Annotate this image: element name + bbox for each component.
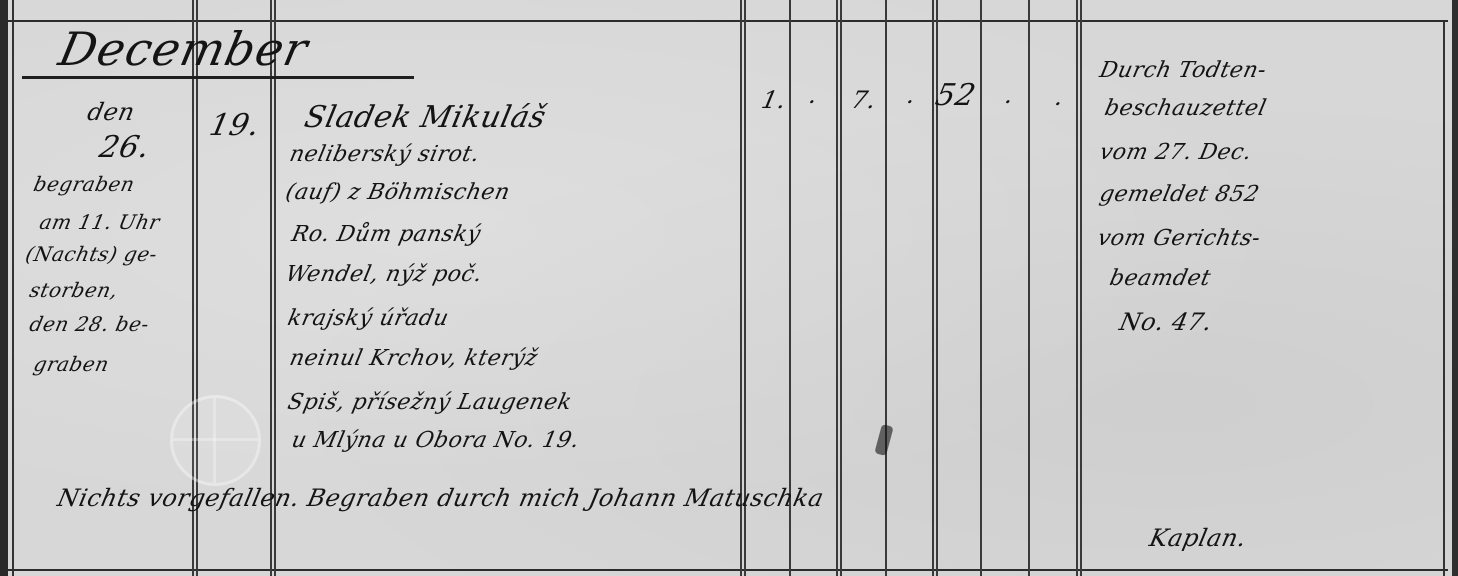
- col-rule: [840, 0, 842, 576]
- right-margin-rule: [1443, 20, 1445, 576]
- entry-text-line: Ro. Dům panský: [289, 222, 483, 247]
- date-note-line: am 11. Uhr: [37, 210, 162, 234]
- date-note-line: graben: [31, 352, 111, 376]
- date-note-line: begraben: [31, 172, 137, 196]
- numeric-cell: 52: [932, 78, 979, 113]
- page-binding-edge: [0, 0, 8, 576]
- col-rule: [885, 0, 887, 576]
- entry-text-line: Wendel, nýž poč.: [283, 262, 484, 287]
- entry-text-line: neliberský sirot.: [287, 142, 482, 167]
- date-word: den: [85, 98, 137, 126]
- date-note-line: (Nachts) ge-: [23, 242, 159, 266]
- entry-number: 19.: [206, 108, 263, 143]
- watermark-stamp-icon: [170, 395, 261, 486]
- numeric-cell: ·: [903, 88, 917, 116]
- month-underline: [22, 76, 414, 79]
- col-rule: [1080, 0, 1082, 576]
- col-rule: [980, 0, 982, 576]
- remarks-line: Durch Todten-: [1097, 58, 1268, 83]
- entry-text-line: Sladek Mikuláš: [301, 100, 549, 135]
- bottom-row-rule: [8, 569, 1448, 571]
- numeric-cell: 1.: [759, 86, 789, 114]
- page-right-edge: [1452, 0, 1458, 576]
- date-note-line: storben,: [27, 278, 120, 302]
- month-heading: December: [54, 22, 313, 76]
- remarks-line: vom Gerichts-: [1095, 226, 1263, 251]
- remarks-line: beschauzettel: [1102, 96, 1268, 121]
- numeric-cell: 7.: [849, 86, 879, 114]
- entry-text-line: krajský úřadu: [285, 306, 451, 331]
- remarks-line: gemeldet 852: [1097, 182, 1261, 207]
- date-note-line: den 28. be-: [27, 312, 151, 336]
- left-margin-rule: [12, 0, 14, 576]
- col-rule: [1028, 0, 1030, 576]
- entry-text-line: (auf) z Böhmischen: [283, 180, 512, 205]
- footer-note-line: Nichts vorgefallen. Begraben durch mich …: [55, 484, 826, 512]
- numeric-cell: ·: [1001, 88, 1015, 116]
- col-rule: [836, 0, 838, 576]
- remarks-line: beamdet: [1107, 266, 1213, 291]
- entry-text-line: u Mlýna u Obora No. 19.: [289, 428, 581, 453]
- entry-text-line: neinul Krchov, kterýž: [287, 346, 540, 371]
- register-page: December den 26. begraben am 11. Uhr (Na…: [0, 0, 1458, 576]
- ink-blot: [874, 424, 893, 456]
- col-rule: [1076, 0, 1078, 576]
- col-rule: [932, 0, 934, 576]
- entry-text-line: Spiš, přísežný Laugenek: [285, 390, 574, 415]
- numeric-cell: ·: [805, 88, 819, 116]
- remarks-line: vom 27. Dec.: [1097, 140, 1254, 165]
- footer-note-line: Kaplan.: [1147, 524, 1249, 552]
- remarks-line: No. 47.: [1117, 308, 1215, 336]
- numeric-cell: ·: [1051, 90, 1065, 118]
- date-day: 26.: [96, 130, 153, 165]
